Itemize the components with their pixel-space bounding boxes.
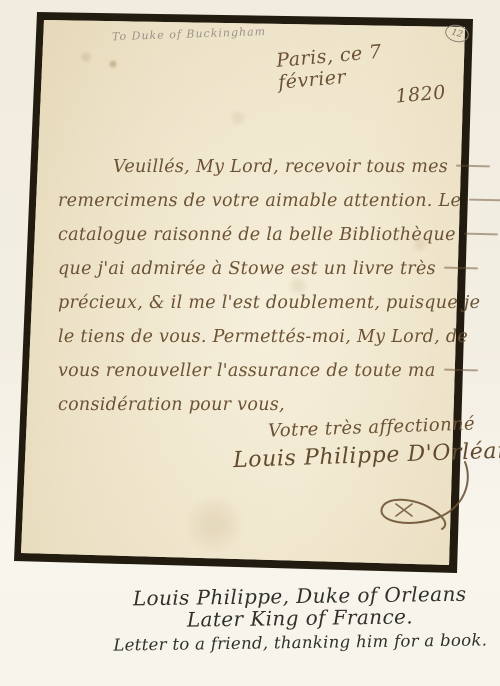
body-line: remercimens de votre aimable attention. … — [58, 184, 450, 218]
body-line: Veuillés, My Lord, recevoir tous mes — [58, 150, 450, 184]
dateline: Paris, ce 7 février 1820 — [275, 34, 460, 117]
body-line: le tiens de vous. Permettés-moi, My Lord… — [58, 320, 450, 354]
letter-body: Veuillés, My Lord, recevoir tous mes rem… — [58, 150, 450, 422]
body-line: catalogue raisonné de la belle Bibliothè… — [58, 218, 450, 252]
framed-letter-photo: To Duke of Buckingham 12 Paris, ce 7 fév… — [0, 0, 500, 686]
body-line: vous renouveller l'assurance de toute ma — [58, 354, 450, 388]
caption-block: Louis Philippe, Duke of Orleans Later Ki… — [95, 582, 500, 659]
caption-line3: Letter to a friend, thanking him for a b… — [95, 626, 500, 659]
signature-flourish-icon — [322, 460, 472, 532]
body-line: que j'ai admirée à Stowe est un livre tr… — [58, 252, 450, 286]
body-line: précieux, & il me l'est doublement, puis… — [58, 286, 450, 320]
pencil-annotation: To Duke of Buckingham — [112, 24, 302, 44]
